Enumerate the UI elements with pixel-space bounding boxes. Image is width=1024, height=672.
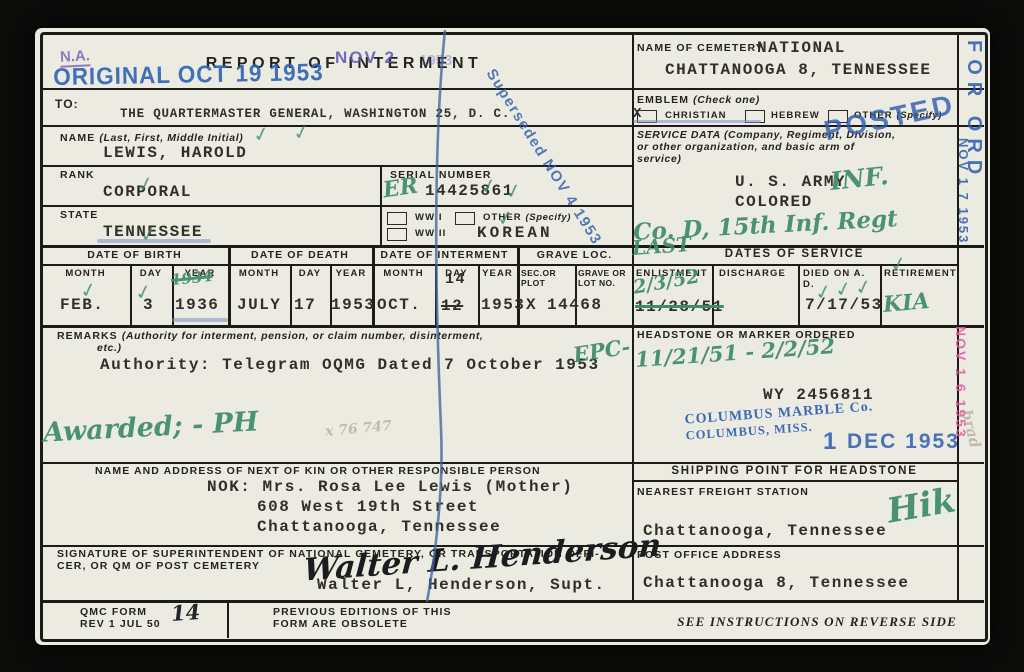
service-colored: COLORED xyxy=(735,193,813,211)
inf-handwritten: INF. xyxy=(829,161,890,196)
name-label: NAME (Last, First, Middle Initial) xyxy=(60,132,243,144)
nov2-year-stamp: 1953 xyxy=(419,52,452,69)
service-data-label-line2: or other organization, and basic arm of xyxy=(637,141,855,153)
serial-prefix-handwritten: ER xyxy=(381,173,419,204)
dod-year: 1953 xyxy=(331,296,375,314)
dod-day-label: DAY xyxy=(290,268,330,279)
cemetery-label: NAME OF CEMETERY xyxy=(637,42,764,54)
divider xyxy=(227,600,229,638)
doi-day-corrected: 14 xyxy=(445,271,466,288)
hebrew-label: HEBREW xyxy=(771,110,820,121)
divider xyxy=(575,264,577,325)
enlistment-typed: 11/28/51 xyxy=(635,298,724,316)
nok-line3: Chattanooga, Tennessee xyxy=(257,518,501,536)
remarks-label: REMARKS (Authority for interment, pensio… xyxy=(57,330,483,342)
christian-checkmark: X xyxy=(633,106,642,122)
post-office-value: Chattanooga 8, Tennessee xyxy=(643,574,909,592)
cemetery-value1: NATIONAL xyxy=(757,39,846,57)
form-id-line1: QMC FORM xyxy=(80,606,147,618)
reverse-side-instructions: SEE INSTRUCTIONS ON REVERSE SIDE xyxy=(632,614,957,630)
doi-month: OCT. xyxy=(377,296,421,314)
doi-year: 1953 xyxy=(481,296,525,314)
emblem-label: EMBLEM (Check one) xyxy=(637,94,760,106)
nok-line1: NOK: Mrs. Rosa Lee Lewis (Mother) xyxy=(207,478,573,496)
doi-month-label: MONTH xyxy=(372,268,435,279)
dec-stamp-day: 1 xyxy=(823,428,836,456)
addressee: THE QUARTERMASTER GENERAL, WASHINGTON 25… xyxy=(120,107,510,121)
kia-handwritten: KIA xyxy=(882,288,931,318)
form-id-line2: REV 1 JUL 50 xyxy=(80,618,161,630)
discharge-label: DISCHARGE xyxy=(719,268,786,279)
scan-background: REPORT OF INTERMENT TO: THE QUARTERMASTE… xyxy=(0,0,1024,672)
rank-label: RANK xyxy=(60,169,95,181)
cemetery-value2: CHATTANOOGA 8, TENNESSEE xyxy=(665,61,931,79)
grave-lot-label: GRAVE OR LOT NO. xyxy=(578,268,628,288)
divider xyxy=(632,480,957,482)
dob-year: 1936 xyxy=(175,296,219,314)
doi-year-label: YEAR xyxy=(478,268,517,279)
original-stamp: ORIGINAL OCT 19 1953 xyxy=(53,59,324,92)
nok-line2: 608 West 19th Street xyxy=(257,498,479,516)
grave-header: GRAVE LOC. xyxy=(517,249,632,261)
ww1-label: WW I xyxy=(415,212,443,223)
divider xyxy=(632,264,957,266)
form-number-handwritten: 14 xyxy=(170,599,201,626)
dod-year-label: YEAR xyxy=(330,268,372,279)
doi-day-struck: 12 xyxy=(441,297,463,315)
serial-value: 14425861 xyxy=(425,182,514,200)
nok-label: NAME AND ADDRESS OF NEXT OF KIN OR OTHER… xyxy=(95,465,541,477)
ww1-checkbox[interactable] xyxy=(387,212,407,225)
grave-plot-label: SEC.OR PLOT xyxy=(521,268,571,288)
divider xyxy=(41,325,984,328)
to-label: TO: xyxy=(55,97,79,111)
obsolete-note-line2: FORM ARE OBSOLETE xyxy=(273,618,408,630)
service-data-label-line3: service) xyxy=(637,153,682,165)
shipping-header: SHIPPING POINT FOR HEADSTONE xyxy=(632,465,957,477)
divider xyxy=(798,264,800,325)
dod-month: JULY xyxy=(237,296,281,314)
obsolete-note-line1: PREVIOUS EDITIONS OF THIS xyxy=(273,606,452,618)
divider xyxy=(41,205,632,207)
birth-year-underline-mark xyxy=(172,318,228,322)
grave-lot: 14468 xyxy=(547,296,603,314)
dec-stamp-date: DEC 1953 xyxy=(847,430,960,454)
nov17-stamp: NOV 1 7 1953 xyxy=(956,138,971,244)
interment-form-card: REPORT OF INTERMENT TO: THE QUARTERMASTE… xyxy=(35,28,990,645)
dob-day-label: DAY xyxy=(130,268,172,279)
divider xyxy=(41,462,984,464)
nov2-stamp: NOV 2 xyxy=(335,48,396,68)
dod-month-label: MONTH xyxy=(228,268,290,279)
other-war-checkbox[interactable] xyxy=(455,212,475,225)
soldier-name: LEWIS, HAROLD xyxy=(103,144,247,162)
ww2-label: WW II xyxy=(415,228,446,239)
grave-plot: X xyxy=(526,296,537,314)
emblem-ink-line xyxy=(633,120,761,123)
remarks-label-cont: etc.) xyxy=(97,342,122,354)
doi-header: DATE OF INTERMENT xyxy=(372,249,517,261)
dob-header: DATE OF BIRTH xyxy=(41,249,228,261)
freight-station-value: Chattanooga, Tennessee xyxy=(643,522,887,540)
dod-day: 17 xyxy=(294,296,316,314)
freight-station-label: NEAREST FREIGHT STATION xyxy=(637,486,809,498)
state-label: STATE xyxy=(60,209,98,221)
last-handwritten: LAST xyxy=(631,232,691,260)
ww2-checkbox[interactable] xyxy=(387,228,407,241)
dod-header: DATE OF DEATH xyxy=(228,249,372,261)
signature-label-line2: CER, OR QM OF POST CEMETERY xyxy=(57,560,260,572)
remarks-value: Authority: Telegram OQMG Dated 7 October… xyxy=(100,356,600,374)
